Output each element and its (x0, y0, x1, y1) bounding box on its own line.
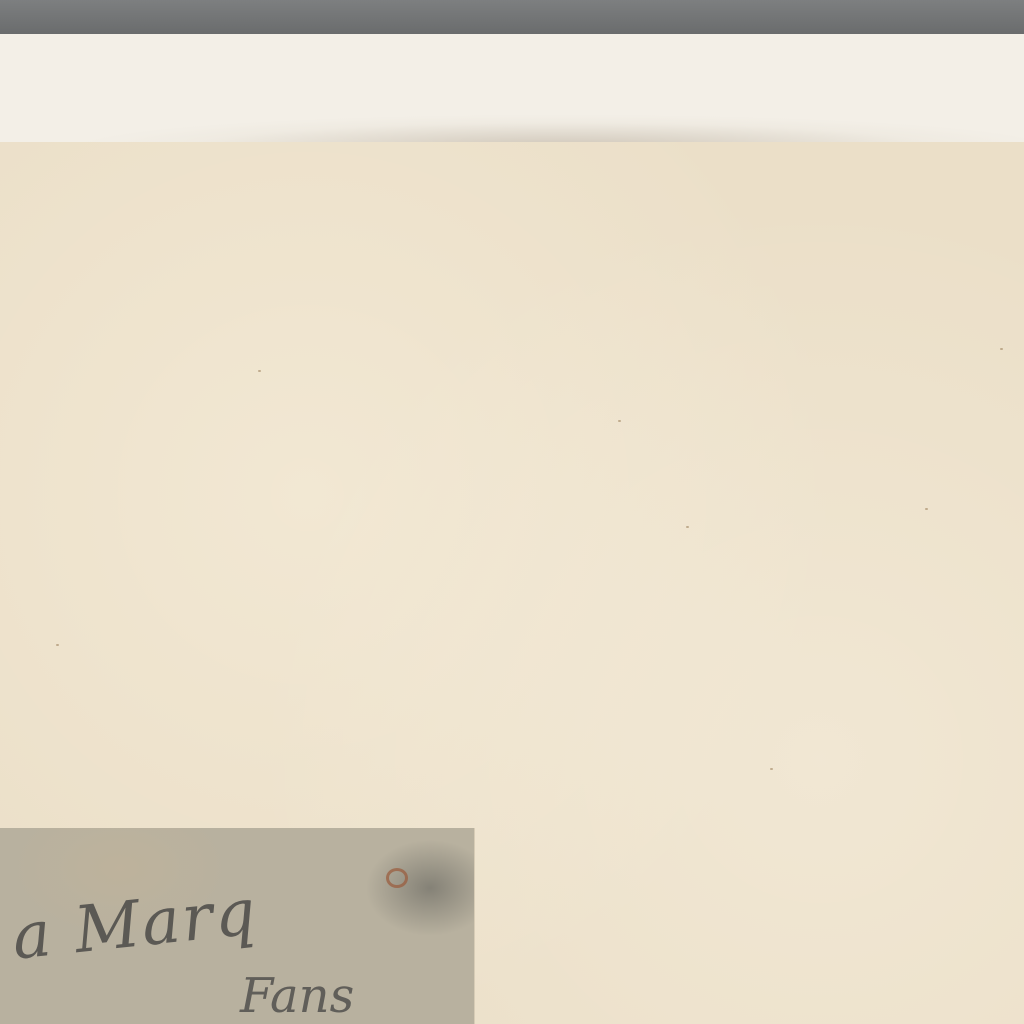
paper-fleck (770, 768, 773, 770)
handwritten-label: a Marq Fans (0, 828, 474, 1024)
grey-backdrop (0, 0, 1024, 34)
paper-fleck (1000, 348, 1003, 350)
rust-stain (386, 868, 408, 888)
paper-fleck (258, 370, 261, 372)
paper-fleck (925, 508, 928, 510)
paper-fleck (618, 420, 621, 422)
paper-fleck (686, 526, 689, 528)
paper-fleck (56, 644, 59, 646)
handwriting-line-2: Fans (240, 968, 354, 1024)
handwriting-line-1: a Marq (9, 875, 261, 974)
paper-curl-shadow (0, 88, 1024, 148)
